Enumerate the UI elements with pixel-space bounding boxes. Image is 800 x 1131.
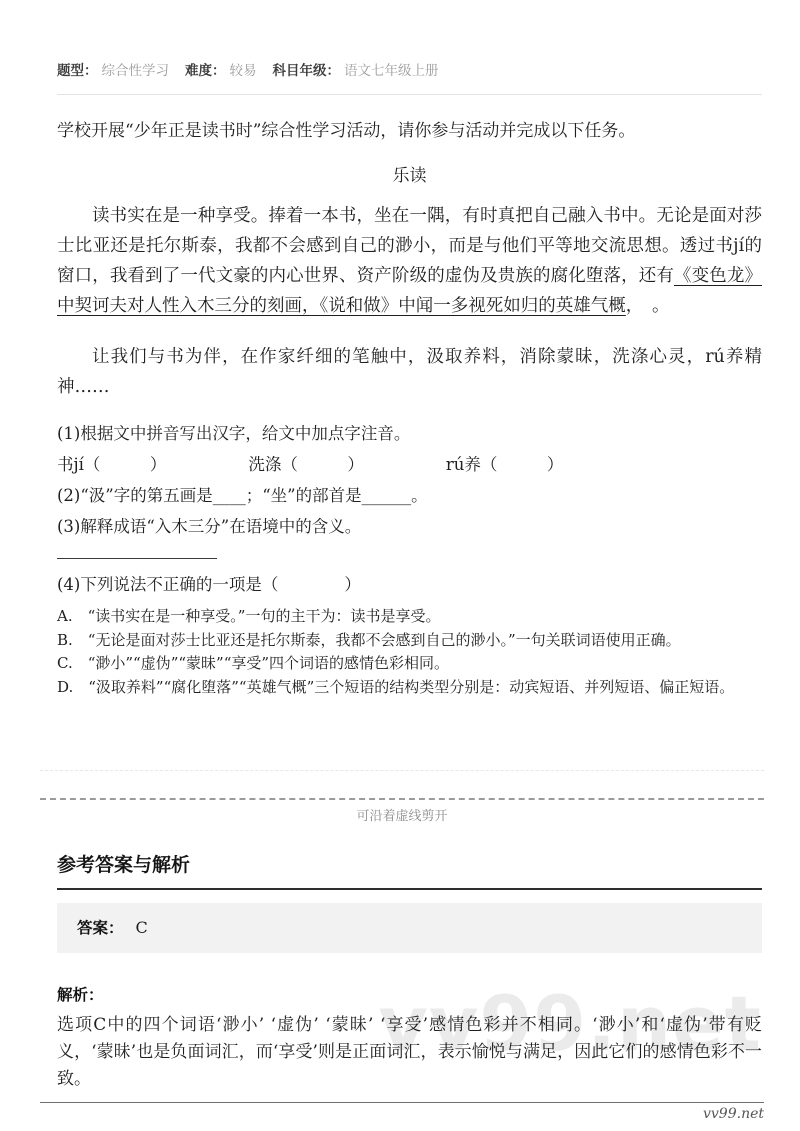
footer-site-text: vv99.net	[40, 1104, 764, 1124]
sub-question-3-stem: (3)解释成语“入木三分”在语境中的含义。	[57, 511, 762, 542]
footer-divider	[40, 1102, 764, 1103]
type-label: 题型：	[57, 63, 98, 79]
pinyin-blank-2: 洗涤（ ）	[248, 449, 364, 480]
question-meta-row: 题型：综合性学习难度：较易科目年级：语文七年级上册	[57, 62, 762, 80]
option-a: A. “读书实在是一种享受。”一句的主干为：读书是享受。	[57, 605, 762, 629]
option-b: B. “无论是面对莎士比亚还是托尔斯泰，我都不会感到自己的渺小。”一句关联词语使…	[57, 629, 762, 653]
difficulty-label: 难度：	[185, 63, 226, 79]
pinyin-blank-1: 书jí（ ）	[57, 449, 166, 480]
sub-question-4-stem: (4)下列说法不正确的一项是（ ）	[57, 569, 762, 600]
subject-grade-label: 科目年级：	[273, 63, 341, 79]
choice-options: A. “读书实在是一种享受。”一句的主干为：读书是享受。 B. “无论是面对莎士…	[57, 605, 762, 699]
faint-dashed-line	[40, 770, 764, 771]
type-value: 综合性学习	[102, 63, 170, 79]
option-d: D. “汲取养料”“腐化堕落”“英雄气概”三个短语的结构类型分别是：动宾短语、并…	[57, 676, 762, 700]
cut-hint-text: 可沿着虚线剪开	[40, 808, 764, 826]
passage-paragraph-2: 让我们与书为伴，在作家纤细的笔触中，汲取养料，消除蒙昧，洗涤心灵，rú养精神……	[57, 342, 762, 402]
page-footer: vv99.net	[40, 1102, 764, 1124]
passage-p1-tail: ， 。	[626, 296, 670, 316]
answer-box: 答案：C	[57, 903, 762, 953]
sub-question-2-stem: (2)“汲”字的第五画是____；“坐”的部首是______。	[57, 480, 762, 511]
cut-line-area: 可沿着虚线剪开	[40, 770, 764, 826]
sub-question-1-stem: (1)根据文中拼音写出汉字，给文中加点字注音。	[57, 418, 762, 449]
passage-title: 乐读	[57, 164, 762, 188]
answer-section: 参考答案与解析 答案：C vv99.net 解析： 选项C中的四个词语‘渺小’ …	[57, 853, 762, 1093]
difficulty-value: 较易	[230, 63, 257, 79]
pinyin-blank-3: rú养（ ）	[446, 449, 564, 480]
option-c: C. “渺小”“虚伪”“蒙昧”“享受”四个词语的感情色彩相同。	[57, 652, 762, 676]
answer-value: C	[136, 918, 149, 937]
answer-section-heading: 参考答案与解析	[57, 853, 762, 877]
answer-section-divider	[57, 888, 762, 890]
subject-grade-value: 语文七年级上册	[344, 63, 439, 79]
sub-question-1-blanks-row: 书jí（ ） 洗涤（ ） rú养（ ）	[57, 449, 762, 480]
analysis-text: 选项C中的四个词语‘渺小’ ‘虚伪’ ‘蒙昧’ ‘享受’感情色彩并不相同。‘渺小…	[57, 1012, 762, 1093]
activity-intro: 学校开展“少年正是读书时”综合性学习活动，请你参与活动并完成以下任务。	[57, 119, 762, 143]
passage-paragraph-1: 读书实在是一种享受。捧着一本书，坐在一隅，有时真把自己融入书中。无论是面对莎士比…	[57, 201, 762, 321]
analysis-block: vv99.net 解析： 选项C中的四个词语‘渺小’ ‘虚伪’ ‘蒙昧’ ‘享受…	[57, 983, 762, 1093]
passage-p1-main: 读书实在是一种享受。捧着一本书，坐在一隅，有时真把自己融入书中。无论是面对莎士比…	[57, 206, 762, 286]
header-divider	[57, 94, 762, 95]
cut-dashed-line	[40, 798, 764, 800]
worksheet-page: 题型：综合性学习难度：较易科目年级：语文七年级上册 学校开展“少年正是读书时”综…	[0, 0, 800, 1131]
answer-label: 答案：	[77, 919, 124, 937]
analysis-label: 解析：	[57, 986, 104, 1004]
answer-blank-line	[57, 558, 217, 559]
